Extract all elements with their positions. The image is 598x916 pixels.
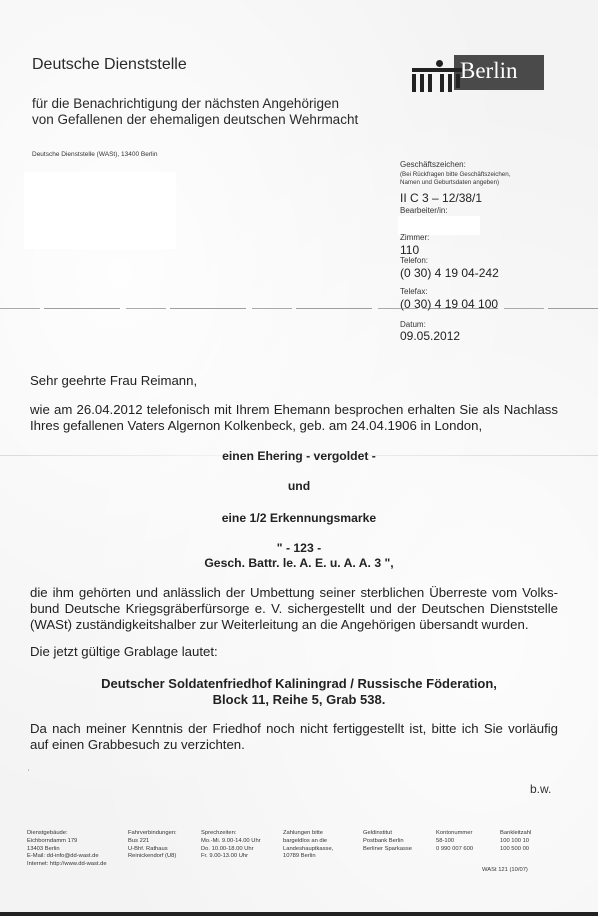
footer-line: 0 990 007 600 [436,846,473,854]
note-line: (Bei Rückfragen bitte Geschäftszeichen, [400,171,510,179]
dogtag-inscription-1: " - 123 - [0,541,598,555]
datum-label: Datum: [400,320,426,329]
footer-line: 100 100 10 [500,838,531,846]
scan-edge [0,912,598,916]
footer-line: Postbank Berlin [363,838,412,846]
dogtag-inscription-2: Gesch. Battr. le. A. E. u. A. A. 3 ", [0,556,598,570]
footer-line: Fr. 9.00-13.00 Uhr [201,853,261,861]
letter-page: Deutsche Dienststelle für die Benachrich… [0,0,598,912]
paragraph-line: Ihres gefallenen Vaters Algernon Kolkenb… [30,418,558,434]
footer-address: Dienstgebäude: Eichborndamm 179 13403 Be… [27,830,107,869]
footer-line: Zahlungen bitte [283,830,333,838]
stray-mark: ' [28,770,29,776]
datum-value: 09.05.2012 [400,329,460,343]
grave-line: Block 11, Reihe 5, Grab 538. [0,692,598,708]
footer-line: 13403 Berlin [27,846,107,854]
item-conjunction: und [0,479,598,493]
telefon-label: Telefon: [400,256,428,265]
footer-line: Bankleitzahl [500,830,531,838]
paragraph-line: auf einen Grabbesuch zu verzichten. [30,737,558,753]
paragraph-2: die ihm gehörten und anlässlich der Umbe… [30,585,558,633]
footer-line: Geldinstitut [363,830,412,838]
logo-column [412,74,416,92]
geschaeftszeichen-label: Geschäftszeichen: [400,160,466,169]
zimmer-label: Zimmer: [400,233,429,242]
paragraph-line: bund Deutsche Kriegsgräberfürsorge e. V.… [30,601,558,617]
footer-email: E-Mail: dd-info@dd-wast.de [27,853,107,861]
logo-column [456,74,460,88]
footer-line: Berliner Sparkasse [363,846,412,854]
subtitle-line: für die Benachrichtigung der nächsten An… [32,96,358,112]
footer-line: bargeldlos an die [283,838,333,846]
footer-line: Kontonummer [436,830,473,838]
telefax-label: Telefax: [400,287,428,296]
footer-bank-code: Bankleitzahl 100 100 10 100 500 00 [500,830,531,853]
footer-account: Kontonummer 58-100 0 990 007 600 [436,830,473,853]
logo-wordmark: Berlin [460,58,518,84]
recipient-address-redacted [24,172,176,249]
logo-column [420,74,424,92]
logo-column [448,74,452,92]
grave-line: Deutscher Soldatenfriedhof Kaliningrad /… [0,676,598,692]
footer-line: Landeshauptkasse, [283,846,333,854]
logo-column [440,74,444,92]
paragraph-line: Da nach meiner Kenntnis der Friedhof noc… [30,721,558,737]
geschaeftszeichen-note: (Bei Rückfragen bitte Geschäftszeichen, … [400,171,510,187]
organization-name: Deutsche Dienststelle [32,56,187,74]
subtitle-line: von Gefallenen der ehemaligen deutschen … [32,112,358,128]
form-id: WASt 121 (10/07) [482,867,528,873]
paragraph-line: die ihm gehörten und anlässlich der Umbe… [30,585,558,601]
footer-line: Reinickendorf (U8) [128,853,177,861]
item-dogtag: eine 1/2 Erkennungsmarke [0,511,598,525]
footer-line: Mo.-Mi. 9.00-14.00 Uhr [201,838,261,846]
grave-intro: Die jetzt gültige Grablage lautet: [30,644,218,660]
zimmer-value: 110 [400,243,419,257]
fold-line [0,308,598,309]
footer-line: Bus 221 [128,838,177,846]
brandenburg-gate-icon [436,60,443,67]
sender-return-address: Deutsche Dienststelle (WASt), 13400 Berl… [32,151,157,158]
footer-office-hours: Sprechzeiten: Mo.-Mi. 9.00-14.00 Uhr Do.… [201,830,261,861]
footer-line: 58-100 [436,838,473,846]
footer-bank: Geldinstitut Postbank Berlin Berliner Sp… [363,830,412,853]
bearbeiter-label: Bearbeiter/in: [400,206,448,215]
footer-line: 100 500 00 [500,846,531,854]
organization-subtitle: für die Benachrichtigung der nächsten An… [32,96,358,128]
geschaeftszeichen-value: II C 3 – 12/38/1 [400,191,482,205]
footer-line: Do. 10.00-18.00 Uhr [201,846,261,854]
note-line: Namen und Geburtsdaten angeben) [400,179,510,187]
paragraph-line: (WASt) zuständigkeitshalber zur Weiterle… [30,617,558,633]
footer-line: Dienstgebäude: [27,830,107,838]
logo-column [428,74,432,92]
continued-overleaf: b.w. [530,782,551,796]
footer-line: U-Bhf. Rathaus [128,846,177,854]
paragraph-line: wie am 26.04.2012 telefonisch mit Ihrem … [30,402,558,418]
salutation: Sehr geehrte Frau Reimann, [30,373,197,389]
grave-location: Deutscher Soldatenfriedhof Kaliningrad /… [0,676,598,708]
footer-line: Eichborndamm 179 [27,838,107,846]
footer-line: Fahrverbindungen: [128,830,177,838]
paragraph-3: Da nach meiner Kenntnis der Friedhof noc… [30,721,558,753]
footer-payment: Zahlungen bitte bargeldlos an die Landes… [283,830,333,861]
footer-transit: Fahrverbindungen: Bus 221 U-Bhf. Rathaus… [128,830,177,861]
footer-line: Sprechzeiten: [201,830,261,838]
footer-website: Internet: http://www.dd-wast.de [27,861,107,869]
item-ring: einen Ehering - vergoldet - [0,449,598,463]
telefon-value: (0 30) 4 19 04-242 [400,266,499,280]
logo-bar [412,68,462,72]
berlin-logo: Berlin [402,52,552,100]
footer-line: 10789 Berlin [283,853,333,861]
paragraph-1: wie am 26.04.2012 telefonisch mit Ihrem … [30,402,558,434]
